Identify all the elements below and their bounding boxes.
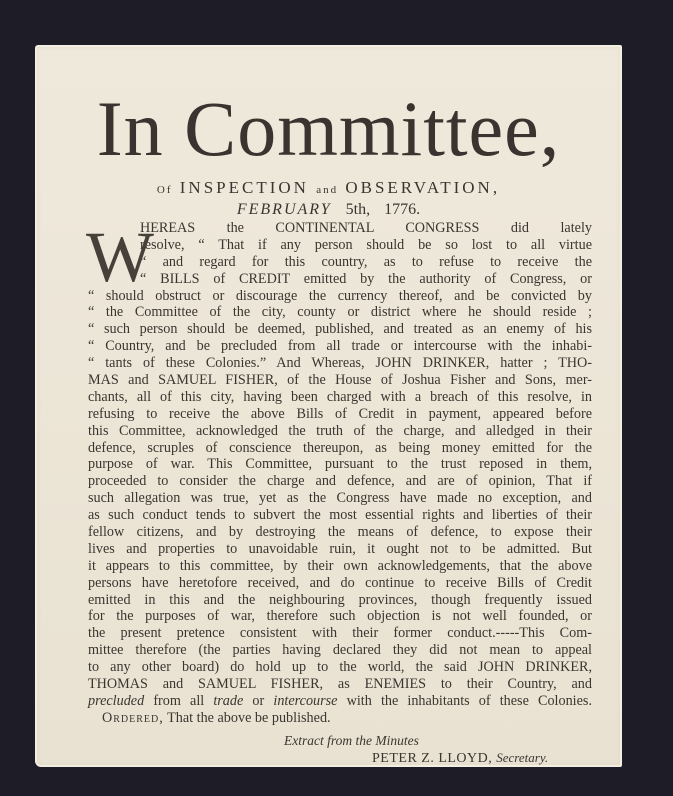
body-line: fellow citizens, and by destroying the m…: [88, 524, 592, 541]
body-line: THOMAS and SAMUEL FISHER, as ENEMIES to …: [88, 676, 592, 693]
date-month: FEBRUARY: [237, 201, 332, 218]
body-line: emitted in this and the neighbouring pro…: [88, 592, 592, 609]
subtitle-inspection: INSPECTION: [180, 178, 309, 197]
body-line: “ such person should be deemed, publishe…: [88, 321, 592, 338]
body-line: “ BILLS of CREDIT emitted by the authori…: [88, 271, 592, 288]
italic-word: trade: [213, 693, 243, 709]
signatory-name: PETER Z. LLOYD,: [372, 751, 496, 766]
body-line: “ the Committee of the city, county or d…: [88, 304, 592, 321]
date-day: 5th,: [346, 201, 370, 218]
body-line: “ and regard for this country, as to ref…: [88, 254, 592, 271]
subtitle-observation: OBSERVATION,: [345, 178, 500, 197]
body-line: HEREAS the CONTINENTAL CONGRESS did late…: [88, 220, 592, 237]
ordered-text: That the above be published.: [164, 710, 331, 726]
body-line: MAS and SAMUEL FISHER, of the House of J…: [88, 372, 592, 389]
body-line: chants, all of this city, having been ch…: [88, 389, 592, 406]
subtitle-of: Of: [157, 184, 173, 196]
body-last-line: precluded from all trade or intercourse …: [88, 693, 592, 710]
signatory-role: Secretary.: [496, 750, 548, 765]
body-line: refusing to receive the above Bills of C…: [88, 406, 592, 423]
italic-word: intercourse: [273, 693, 337, 709]
body-line: it appears to this committee, by their o…: [88, 558, 592, 575]
ordered-label: Ordered,: [102, 710, 164, 726]
broadside-paper: In Committee, Of INSPECTION and OBSERVAT…: [35, 45, 622, 767]
extract-note: Extract from the Minutes: [284, 733, 419, 750]
document-body: W HEREAS the CONTINENTAL CONGRESS did la…: [88, 220, 592, 727]
date-year: 1776.: [384, 201, 420, 218]
body-line: lives and properties to unavoidable ruin…: [88, 541, 592, 558]
body-line: this Committee, acknowledged the truth o…: [88, 423, 592, 440]
body-line: “ should obstruct or discourage the curr…: [88, 288, 592, 305]
italic-word: precluded: [88, 693, 144, 709]
body-line: proceeded to consider the charge and def…: [88, 473, 592, 490]
text-run: or: [243, 693, 273, 709]
document-title: In Committee,: [35, 90, 622, 168]
body-line: as such conduct tends to subvert the mos…: [88, 507, 592, 524]
body-line: purpose of war. This Committee, pursuant…: [88, 456, 592, 473]
body-line: for the purposes of war, therefore such …: [88, 608, 592, 625]
body-line: resolve, “ That if any person should be …: [88, 237, 592, 254]
drop-cap: W: [86, 226, 154, 288]
body-line: “ Country, and be precluded from all tra…: [88, 338, 592, 355]
ordered-line: Ordered, That the above be published.: [88, 710, 592, 727]
text-run: with the inhabitants of these Colonies.: [337, 693, 592, 709]
body-line: such allegation was true, yet as the Con…: [88, 490, 592, 507]
body-line: mittee therefore (the parties having dec…: [88, 642, 592, 659]
body-line: persons have heretofore received, and do…: [88, 575, 592, 592]
document-subtitle: Of INSPECTION and OBSERVATION,: [35, 178, 622, 198]
text-run: from all: [144, 693, 213, 709]
body-line: to any other board) do hold up to the wo…: [88, 659, 592, 676]
body-line: “ tants of these Colonies.” And Whereas,…: [88, 355, 592, 372]
subtitle-and: and: [316, 184, 338, 196]
signature: PETER Z. LLOYD, Secretary.: [372, 750, 548, 768]
body-line: the present pretence consistent with the…: [88, 625, 592, 642]
body-line: defence, scruples of conscience thereupo…: [88, 440, 592, 457]
